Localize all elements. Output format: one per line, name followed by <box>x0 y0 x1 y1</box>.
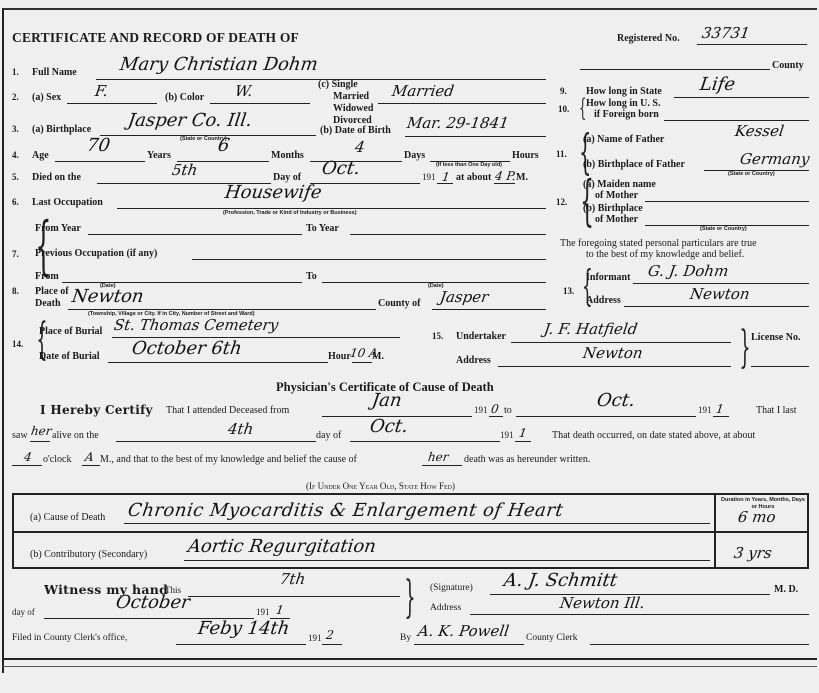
field-6-number: 6. <box>12 198 19 207</box>
marital-single-label: (c) Single <box>318 80 358 90</box>
died-on-label: Died on the <box>32 173 81 183</box>
field-10-number: 10. <box>558 105 569 114</box>
occupation-value: Housewife <box>224 184 323 202</box>
license-label: License No. <box>751 333 800 343</box>
dob-value: Mar. 29-1841 <box>406 116 510 131</box>
field-9-number: 9. <box>560 87 567 96</box>
died-month-line <box>310 183 420 184</box>
hour-label: Hour <box>328 352 351 362</box>
field-15-number: 15. <box>432 332 443 341</box>
from-label: From <box>35 272 59 282</box>
age-days-value: 4 <box>354 140 366 155</box>
attended-from-value: Jan <box>371 392 403 410</box>
color-label: (b) Color <box>165 93 204 103</box>
undertaker-address-label: Address <box>456 356 491 366</box>
alive-day-line <box>116 441 316 442</box>
field-3-number: 3. <box>12 125 19 134</box>
informant-address-value: Newton <box>689 287 751 302</box>
birthplace-value: Jasper Co. Ill. <box>127 112 253 130</box>
belief-text: M., and that to the best of my knowledge… <box>100 455 357 465</box>
alive-year-line <box>515 441 531 442</box>
undertaker-line <box>511 342 731 343</box>
undertaker-label: Undertaker <box>456 332 506 342</box>
death-hour-line <box>12 465 42 466</box>
death-occurred-text: That death occurred, on date stated abov… <box>552 431 755 441</box>
burial-m-label: M. <box>372 352 384 362</box>
cause-a-value: Chronic Myocarditis & Enlargement of Hea… <box>127 502 565 520</box>
age-years-value: 70 <box>86 137 111 155</box>
burial-place-label: Place of Burial <box>39 327 102 337</box>
marital-widowed-label: Widowed <box>333 104 373 114</box>
alive-day-value: 4th <box>227 422 254 437</box>
field-15-brace: } <box>739 326 750 370</box>
alive-month-value: Oct. <box>369 418 409 436</box>
witness-year-prefix: 191 <box>256 608 270 617</box>
dob-label: (b) Date of Birth <box>320 126 391 136</box>
pronoun2-value: her <box>427 451 449 463</box>
father-name-value: Kessel <box>734 124 785 139</box>
to-year-prefix: 191 <box>698 406 712 415</box>
informant-address-line <box>624 306 809 307</box>
how-long-state-label: How long in State <box>586 87 662 97</box>
cause-b-line <box>184 560 710 561</box>
days-label: Days <box>404 151 425 161</box>
filed-date-value: Feby 14th <box>197 620 291 638</box>
age-label: Age <box>32 151 49 161</box>
occupation-line <box>117 208 546 209</box>
father-name-label: (a) Name of Father <box>583 135 664 145</box>
county-of-value: Jasper <box>439 290 489 305</box>
county-of-label: County of <box>378 299 421 309</box>
sex-label: (a) Sex <box>32 93 61 103</box>
attestation-line-2: to the best of my knowledge and belief. <box>586 250 744 260</box>
filed-date-line <box>176 644 306 645</box>
county-of-line <box>432 309 546 310</box>
last-occupation-label: Last Occupation <box>32 198 103 208</box>
county-date-sublabel: (Date) <box>428 284 444 290</box>
informant-line <box>633 283 809 284</box>
undertaker-value: J. F. Hatfield <box>543 322 638 337</box>
mother-birthplace-label-2: of Mother <box>595 215 638 225</box>
saw-label: saw <box>12 431 28 441</box>
mother-maiden-line <box>645 201 809 202</box>
sex-line <box>67 103 157 104</box>
father-birthplace-label: (b) Birthplace of Father <box>583 160 685 170</box>
registered-label: Registered No. <box>617 34 680 44</box>
alive-on-label: alive on the <box>52 431 99 441</box>
how-long-state-value: Life <box>699 76 737 94</box>
mother-maiden-label-1: (a) Maiden name <box>583 180 656 190</box>
died-year-prefix: 191 <box>422 173 436 182</box>
field-1-number: 1. <box>12 68 19 77</box>
burial-date-value: October 6th <box>131 340 243 358</box>
witness-day-of-label: day of <box>12 608 35 617</box>
dob-line <box>405 136 546 137</box>
age-years-line <box>55 161 145 162</box>
field-11-number: 11. <box>556 150 567 159</box>
hour-line <box>352 362 372 363</box>
pronoun2-line <box>422 465 462 466</box>
to-year-line <box>713 416 729 417</box>
how-long-state-line <box>674 97 809 98</box>
marital-line <box>378 103 546 104</box>
burial-date-line <box>108 362 328 363</box>
previous-occupation-label: Previous Occupation (if any) <box>35 249 157 259</box>
from-year-label: From Year <box>35 224 81 234</box>
license-line <box>751 366 809 367</box>
mother-birthplace-label-1: (b) Birthplace <box>583 204 643 214</box>
previous-occupation-line <box>192 259 546 260</box>
cause-b-duration: 3 yrs <box>733 546 773 561</box>
ampm-line <box>82 465 100 466</box>
years-label: Years <box>147 151 171 161</box>
from-year-line <box>88 234 302 235</box>
bottom-border-2 <box>2 666 817 667</box>
mother-maiden-label-2: of Mother <box>595 191 638 201</box>
from-year-line <box>489 416 503 417</box>
father-birthplace-value: Germany <box>739 152 810 167</box>
place-of-death-value: Newton <box>71 288 145 306</box>
color-value: W. <box>234 84 254 99</box>
marital-married-label: Married <box>333 92 369 102</box>
from-line <box>62 282 302 283</box>
cause-table-divider <box>12 531 809 533</box>
saw-pronoun-line <box>30 441 50 442</box>
to-year-label: To Year <box>306 224 339 234</box>
mother-birthplace-sublabel: (State or Country) <box>700 227 747 233</box>
filed-year-value: 2 <box>325 629 334 641</box>
died-time-value: 4 P. <box>494 170 517 182</box>
md-label: M. D. <box>774 585 798 595</box>
field-13-number: 13. <box>563 287 574 296</box>
to-label: To <box>306 272 317 282</box>
burial-date-label: Date of Burial <box>39 352 100 362</box>
county-line <box>580 69 770 70</box>
died-m-label: M. <box>516 173 528 183</box>
filed-label: Filed in County Clerk's office, <box>12 634 127 644</box>
cause-b-value: Aortic Regurgitation <box>187 538 377 556</box>
signature-label: (Signature) <box>430 584 473 594</box>
attended-to-line <box>516 416 696 417</box>
physician-address-line <box>470 614 809 615</box>
certificate-title: CERTIFICATE AND RECORD OF DEATH OF <box>12 30 299 46</box>
burial-place-value: St. Thomas Cemetery <box>113 318 279 333</box>
attended-to-value: Oct. <box>596 392 636 410</box>
how-long-us-label-2: if Foreign born <box>594 110 659 120</box>
written-text: death was as hereunder written. <box>464 455 590 465</box>
witness-month-value: October <box>115 594 191 612</box>
place-of-death-line <box>68 309 376 310</box>
physician-address-value: Newton Ill. <box>559 596 646 611</box>
field-2-number: 2. <box>12 93 19 102</box>
filed-year-prefix: 191 <box>308 634 322 643</box>
field-4-number: 4. <box>12 151 19 160</box>
to-year-line <box>350 234 546 235</box>
field-14-number: 14. <box>12 340 23 349</box>
hours-label: Hours <box>512 151 539 161</box>
death-hour-value: 4 <box>23 451 32 463</box>
infant-note: (If Under One Year Old, State How Fed) <box>306 482 455 491</box>
physician-signature: A. J. Schmitt <box>503 572 619 590</box>
cause-table-vdivider <box>714 493 716 569</box>
alive-year-prefix: 191 <box>500 431 514 440</box>
place-of-death-label-2: Death <box>35 299 61 309</box>
registered-line <box>697 44 807 45</box>
witness-day-line <box>188 596 400 597</box>
hours-note: (If less than One Day old) <box>436 163 502 169</box>
oclock-label: o'clock <box>43 455 71 465</box>
cause-b-label: (b) Contributory (Secondary) <box>30 550 147 560</box>
father-birthplace-sublabel: (State or Country) <box>728 172 775 178</box>
full-name-label: Full Name <box>32 68 77 78</box>
clerk-signature: A. K. Powell <box>417 624 510 639</box>
certify-heading: I Hereby Certify <box>40 403 153 417</box>
place-of-death-label-1: Place of <box>35 287 69 297</box>
undertaker-address-value: Newton <box>582 346 644 361</box>
attended-text: That I attended Deceased from <box>166 406 289 416</box>
informant-value: G. J. Dohm <box>647 264 729 279</box>
died-time-line <box>494 183 515 184</box>
occupation-sublabel: (Profession, Trade or Kind of Industry o… <box>223 211 357 217</box>
informant-label: Informant <box>586 273 630 283</box>
birthplace-label: (a) Birthplace <box>32 125 91 135</box>
county-clerk-label: County Clerk <box>526 634 577 644</box>
informant-address-label: Address <box>586 296 621 306</box>
by-label: By <box>400 634 411 644</box>
field-7-number: 7. <box>12 250 19 259</box>
cause-a-duration: 6 mo <box>737 510 777 525</box>
field-8-number: 8. <box>12 287 19 296</box>
how-long-us-line <box>664 120 809 121</box>
at-about-label: at about <box>456 173 491 183</box>
died-day-value: 5th <box>171 163 198 178</box>
to-text: to <box>504 406 512 416</box>
physician-address-label: Address <box>430 604 461 614</box>
clerk-line <box>414 644 524 645</box>
bottom-border <box>2 658 817 660</box>
ampm-value: A <box>84 451 94 463</box>
field-5-number: 5. <box>12 173 19 182</box>
filed-year-line <box>322 644 342 645</box>
alive-month-line <box>350 441 500 442</box>
color-line <box>210 103 310 104</box>
full-name-value: Mary Christian Dohm <box>119 56 319 74</box>
undertaker-address-line <box>498 366 731 367</box>
registered-number: 33731 <box>701 26 751 41</box>
cause-a-line <box>124 523 710 524</box>
cause-a-label: (a) Cause of Death <box>30 513 105 523</box>
county-header-label: County <box>772 61 804 71</box>
last-text: That I last <box>756 406 797 416</box>
from-year-prefix: 191 <box>474 406 488 415</box>
witness-brace: } <box>404 576 415 620</box>
months-label: Months <box>271 151 304 161</box>
field-12-number: 12. <box>556 198 567 207</box>
day-of-text: day of <box>316 431 341 441</box>
sex-value: F. <box>94 84 109 99</box>
how-long-us-label-1: How long in U. S. <box>586 99 660 109</box>
from-year-value: 0 <box>490 403 499 415</box>
died-month-value: Oct. <box>321 160 361 178</box>
marital-value: Married <box>391 84 455 99</box>
attestation-line-1: The foregoing stated personal particular… <box>560 239 757 249</box>
witness-day-value: 7th <box>279 572 306 587</box>
county-clerk-line <box>590 644 809 645</box>
death-certificate: CERTIFICATE AND RECORD OF DEATH OF Regis… <box>0 0 819 693</box>
saw-pronoun-value: her <box>30 425 52 437</box>
